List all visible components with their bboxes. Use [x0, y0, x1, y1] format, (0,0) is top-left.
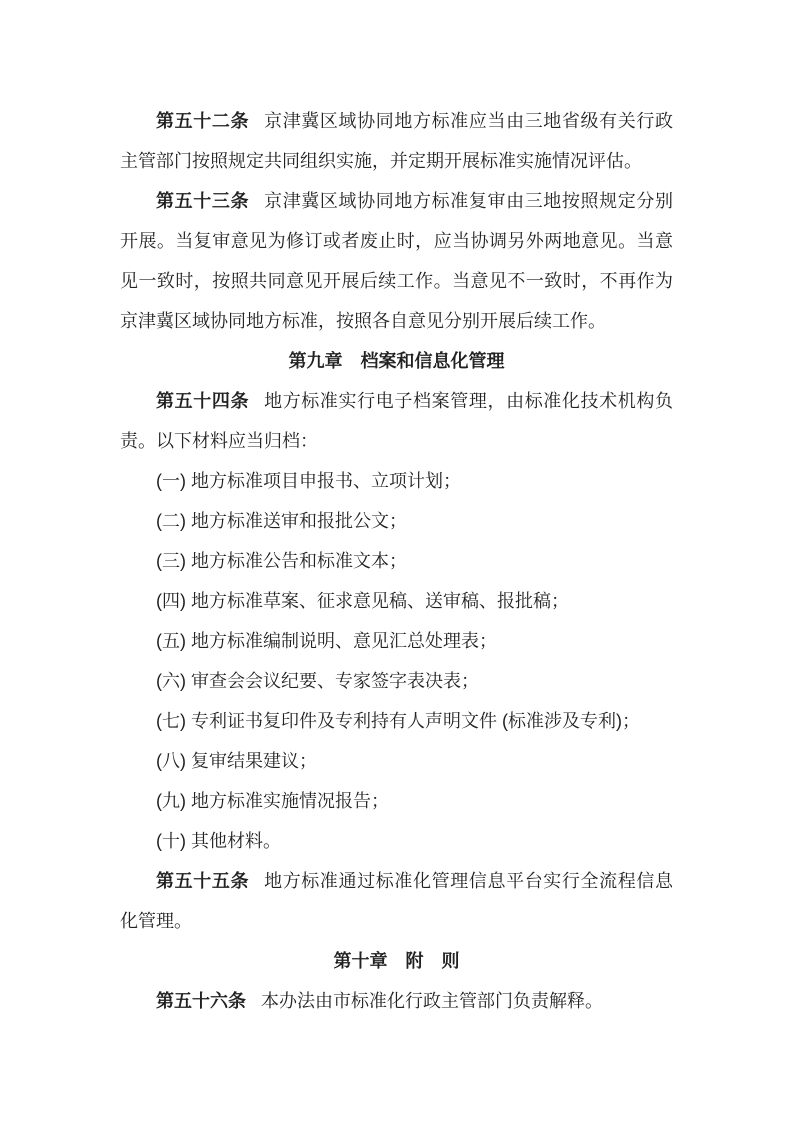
chapter-10-heading: 第十章 附 则: [120, 941, 673, 981]
chapter-9-heading: 第九章 档案和信息化管理: [120, 341, 673, 381]
archive-item-7: (七) 专利证书复印件及专利持有人声明文件 (标准涉及专利)；: [120, 701, 673, 741]
article-54-number: 第五十四条: [156, 391, 249, 411]
article-56-number: 第五十六条: [156, 991, 246, 1011]
archive-item-4: (四) 地方标准草案、征求意见稿、送审稿、报批稿；: [120, 581, 673, 621]
article-56-paragraph: 第五十六条本办法由市标准化行政主管部门负责解释。: [120, 981, 673, 1021]
article-55-number: 第五十五条: [156, 871, 249, 891]
archive-item-3: (三) 地方标准公告和标准文本；: [120, 541, 673, 581]
document-content: 第五十二条京津冀区域协同地方标准应当由三地省级有关行政主管部门按照规定共同组织实…: [0, 0, 793, 1021]
archive-item-10: (十) 其他材料。: [120, 821, 673, 861]
article-53-text: 京津冀区域协同地方标准复审由三地按照规定分别开展。当复审意见为修订或者废止时，应…: [120, 191, 673, 331]
archive-item-9: (九) 地方标准实施情况报告；: [120, 781, 673, 821]
archive-item-6: (六) 审查会会议纪要、专家签字表决表；: [120, 661, 673, 701]
article-52-paragraph: 第五十二条京津冀区域协同地方标准应当由三地省级有关行政主管部门按照规定共同组织实…: [120, 101, 673, 181]
article-52-number: 第五十二条: [156, 111, 249, 131]
archive-item-8: (八) 复审结果建议；: [120, 741, 673, 781]
article-53-number: 第五十三条: [156, 191, 249, 211]
article-56-text: 本办法由市标准化行政主管部门负责解释。: [261, 991, 603, 1011]
article-54-paragraph: 第五十四条地方标准实行电子档案管理，由标准化技术机构负责。以下材料应当归档：: [120, 381, 673, 461]
document-page: 第五十二条京津冀区域协同地方标准应当由三地省级有关行政主管部门按照规定共同组织实…: [0, 0, 793, 1122]
archive-item-5: (五) 地方标准编制说明、意见汇总处理表；: [120, 621, 673, 661]
article-53-paragraph: 第五十三条京津冀区域协同地方标准复审由三地按照规定分别开展。当复审意见为修订或者…: [120, 181, 673, 341]
archive-item-1: (一) 地方标准项目申报书、立项计划；: [120, 461, 673, 501]
archive-item-2: (二) 地方标准送审和报批公文；: [120, 501, 673, 541]
article-55-paragraph: 第五十五条地方标准通过标准化管理信息平台实行全流程信息化管理。: [120, 861, 673, 941]
